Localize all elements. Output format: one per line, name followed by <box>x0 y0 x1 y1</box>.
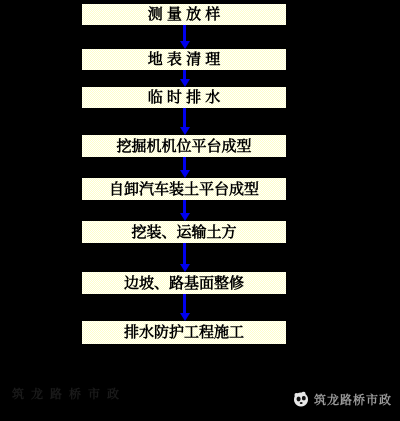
down-arrow-icon <box>179 243 190 272</box>
zhulong-panda-logo-icon <box>293 391 309 407</box>
flow-step-label: 排水防护工程施工 <box>124 325 244 340</box>
flow-step-label: 测 量 放 样 <box>148 7 221 22</box>
down-arrow-icon <box>179 25 190 49</box>
down-arrow-icon <box>179 200 190 221</box>
flow-step-drainage-protection-construction: 排水防护工程施工 <box>82 321 286 344</box>
watermark-text: 筑龙路桥市政 <box>314 391 392 408</box>
flowchart-canvas: 测 量 放 样 地 表 清 理 临 时 排 水 挖掘机机位平台成型 自卸汽车装土… <box>0 0 400 421</box>
down-arrow-icon <box>179 70 190 87</box>
down-arrow-icon <box>179 157 190 178</box>
flow-step-surface-clearing: 地 表 清 理 <box>82 49 286 70</box>
flow-step-dump-truck-platform-forming: 自卸汽车装土平台成型 <box>82 178 286 200</box>
flow-step-label: 自卸汽车装土平台成型 <box>109 182 259 197</box>
flow-step-survey-layout: 测 量 放 样 <box>82 4 286 25</box>
flow-step-excavate-load-transport: 挖装、运输土方 <box>82 221 286 243</box>
flow-step-label: 挖掘机机位平台成型 <box>116 139 251 154</box>
down-arrow-icon <box>179 294 190 321</box>
watermark: 筑龙路桥市政 <box>293 390 392 408</box>
flow-step-label: 边坡、路基面整修 <box>124 276 244 291</box>
flow-step-label: 地 表 清 理 <box>148 52 221 67</box>
flow-step-label: 挖装、运输土方 <box>131 225 236 240</box>
flow-step-slope-subgrade-repair: 边坡、路基面整修 <box>82 272 286 294</box>
down-arrow-icon <box>179 108 190 135</box>
ghost-watermark-text: 筑龙路桥市政 <box>12 385 126 402</box>
flow-step-excavator-platform-forming: 挖掘机机位平台成型 <box>82 135 286 157</box>
flow-step-label: 临 时 排 水 <box>148 90 221 105</box>
flow-step-temporary-drainage: 临 时 排 水 <box>82 87 286 108</box>
